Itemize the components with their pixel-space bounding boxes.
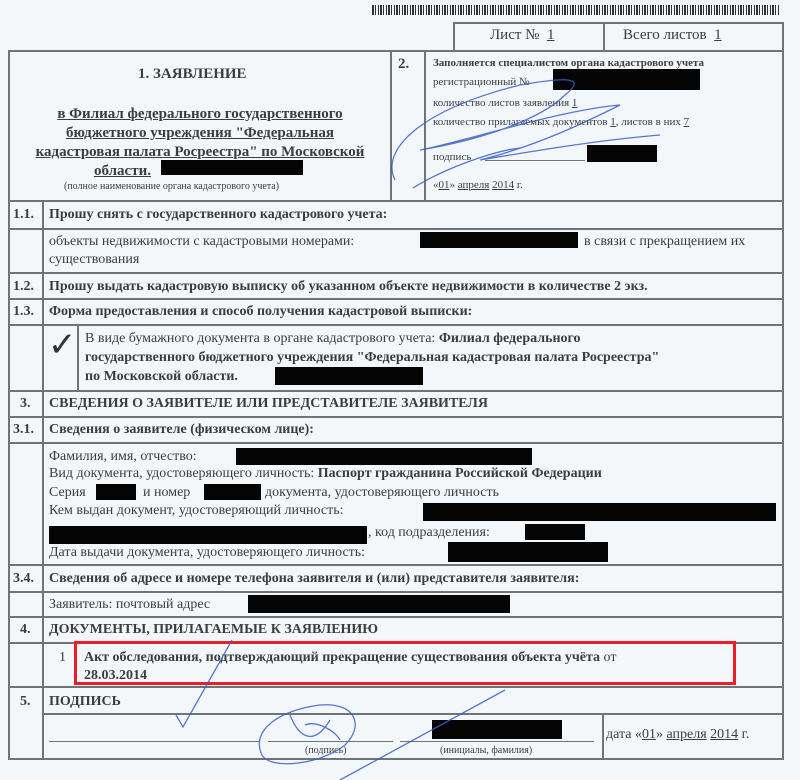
sheet-number: Лист № 1 [490,27,554,44]
date-year: 2014 [492,179,514,191]
row-1-2-title: Прошу выдать кадастровую выписку об указ… [49,279,648,295]
addressee-line: бюджетного учреждения "Федеральная [10,124,390,143]
row-5-number: 5. [20,694,31,710]
total-sheets-value: 1 [714,27,722,43]
row-3-4-number: 3.4. [13,571,34,587]
signature-date: дата «01» апреля 2014 г. [606,727,749,743]
redacted-field [204,484,261,500]
issue-date-label: Дата выдачи документа, удостоверяющего л… [49,545,365,561]
section2-number: 2. [398,56,409,73]
row-1-1-number: 1.1. [13,207,34,223]
full-name-label: Фамилия, имя, отчество: [49,449,197,465]
issued-by-label: Кем выдан документ, удостоверяющий лично… [49,503,344,519]
redacted-field [161,160,303,175]
passport-number-suffix: документа, удостоверяющего личность [265,485,499,501]
redacted-field [275,367,423,385]
department-code-label: , код подразделения: [368,525,490,541]
application-sheets-value: 1 [572,97,578,109]
total-sheets-label: Всего листов [623,27,707,43]
section2-date: «01» апреля 2014 г. [433,179,523,191]
sheet-number-label: Лист № [490,27,539,43]
cadastral-reason-cont: существования [49,252,139,268]
redacted-field [587,145,657,162]
addressee-caption: (полное наименование органа кадастрового… [64,181,279,192]
delivery-office: Филиал федерального [439,331,581,346]
checkmark-icon[interactable]: ✓ [48,328,77,362]
id-document-type: Вид документа, удостоверяющего личность:… [49,466,602,482]
row-1-3-title: Форма предоставления и способ получения … [49,304,472,320]
redacted-field [553,69,700,90]
signature-date-month: апреля [666,727,706,742]
section2-title: Заполняется специалистом органа кадастро… [433,56,704,70]
row-3-title: СВЕДЕНИЯ О ЗАЯВИТЕЛЕ ИЛИ ПРЕДСТАВИТЕЛЕ З… [49,396,488,412]
row-1-2-number: 1.2. [13,279,34,295]
highlight-box [74,641,736,685]
attached-doc-index: 1 [59,650,66,666]
name-caption: (инициалы, фамилия) [440,745,532,756]
passport-series-label: Серия [49,485,86,501]
application-sheets: количество листов заявления 1 [433,96,577,110]
signature-date-year: 2014 [710,727,738,742]
total-sheets: Всего листов 1 [623,27,722,44]
redacted-field [248,595,510,613]
barcode [372,5,780,15]
redacted-field [423,503,776,521]
redacted-field [525,524,585,540]
passport-number-label: и номер [143,485,190,501]
delivery-option: В виде бумажного документа в органе када… [85,331,581,347]
cadastral-reason: в связи с прекращением их [584,234,745,250]
row-1-1-title: Прошу снять с государственного кадастров… [49,207,387,223]
application-sheets-label: количество листов заявления [433,97,569,109]
redacted-field [49,526,367,544]
signature-date-day: 01 [642,727,656,742]
id-document-type-label: Вид документа, удостоверяющего личность: [49,466,314,481]
postal-address-label: Заявитель: почтовый адрес [49,597,210,613]
signature-date-label: дата [606,727,631,742]
specialist-signature-label: подпись [433,150,471,164]
signature-date-suffix: г. [742,727,750,742]
attached-docs: количество прилагаемых документов 1, лис… [433,115,689,129]
id-document-type-value: Паспорт гражданина Российской Федерации [318,466,602,481]
date-day: 01 [439,179,450,191]
application-title: 1. ЗАЯВЛЕНИЕ [138,66,247,83]
row-4-number: 4. [20,622,31,638]
sheet-number-value: 1 [547,27,555,43]
delivery-office-cont: государственного бюджетного учреждения "… [85,350,659,366]
attached-sheets-label: , листов в них [616,116,681,128]
attached-sheets-value: 7 [684,116,690,128]
row-3-1-number: 3.1. [13,422,34,438]
signature-caption: (подпись) [305,745,347,756]
redacted-field [96,484,136,500]
row-1-3-number: 1.3. [13,304,34,320]
row-3-4-title: Сведения об адресе и номере телефона зая… [49,571,579,587]
redacted-field [236,448,532,465]
delivery-option-text: В виде бумажного документа в органе када… [85,331,435,346]
row-3-1-title: Сведения о заявителе (физическом лице): [49,422,314,438]
date-suffix: г. [517,179,523,191]
row-5-title: ПОДПИСЬ [49,694,121,710]
redacted-field [432,720,562,739]
addressee-line: в Филиал федерального государственного [10,105,390,124]
row-4-title: ДОКУМЕНТЫ, ПРИЛАГАЕМЫЕ К ЗАЯВЛЕНИЮ [49,622,378,638]
date-month: апреля [458,179,490,191]
redacted-field [420,232,578,248]
row-3-number: 3. [20,396,31,412]
attached-docs-label: количество прилагаемых документов [433,116,608,128]
redacted-field [448,542,608,562]
registration-number-label: регистрационный № [433,75,530,89]
cadastral-objects-label: объекты недвижимости с кадастровыми номе… [49,234,354,250]
delivery-office-region: по Московской области. [85,369,238,385]
